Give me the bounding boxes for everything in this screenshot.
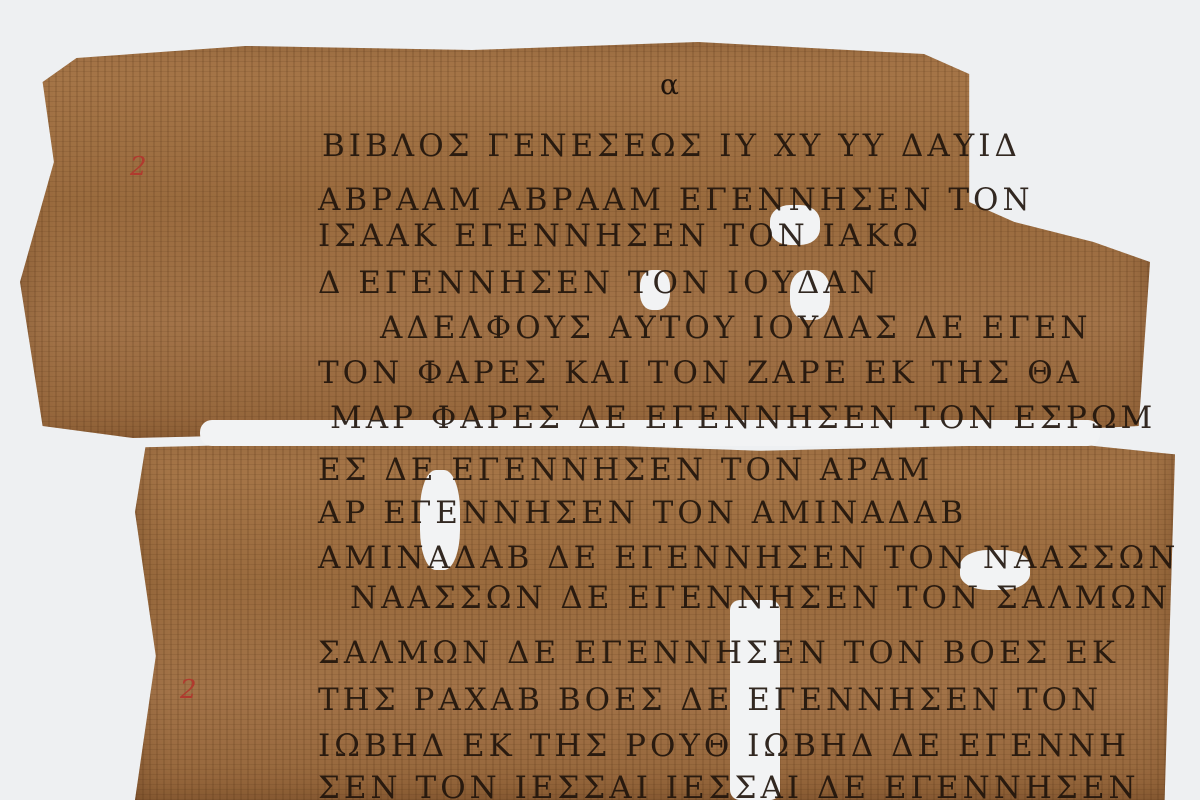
text-line: ΜΑΡ ΦΑΡΕΣ ΔΕ ΕΓΕΝΝΗΣΕΝ ΤΟΝ ΕΣΡΩΜ xyxy=(330,400,1156,436)
text-line: ΙΩΒΗΔ ΕΚ ΤΗΣ ΡΟΥΘ ΙΩΒΗΔ ΔΕ ΕΓΕΝΝΗ xyxy=(318,728,1130,764)
text-line: ΣΑΛΜΩΝ ΔΕ ΕΓΕΝΝΗΣΕΝ ΤΟΝ ΒΟΕΣ ΕΚ xyxy=(318,635,1119,671)
margin-mark: 2 xyxy=(130,152,147,182)
text-line: Δ ΕΓΕΝΝΗΣΕΝ ΤΟΝ ΙΟΥΔΑΝ xyxy=(318,265,881,301)
text-line: ΤΗΣ ΡΑΧΑΒ ΒΟΕΣ ΔΕ ΕΓΕΝΝΗΣΕΝ ΤΟΝ xyxy=(318,682,1102,718)
margin-mark: 2 xyxy=(180,675,197,705)
text-line: ΑΜΙΝΑΔΑΒ ΔΕ ΕΓΕΝΝΗΣΕΝ ΤΟΝ ΝΑΑΣΣΩΝ xyxy=(318,540,1179,576)
text-line: ΑΔΕΛΦΟΥΣ ΑΥΤΟΥ ΙΟΥΔΑΣ ΔΕ ΕΓΕΝ xyxy=(380,310,1092,346)
page-number-mark: α xyxy=(660,68,679,101)
text-line: ΒΙΒΛΟΣ ΓΕΝΕΣΕΩΣ ΙΥ ΧΥ ΥΥ ΔΑΥΙΔ xyxy=(322,128,1021,164)
text-line: ΕΣ ΔΕ ΕΓΕΝΝΗΣΕΝ ΤΟΝ ΑΡΑΜ xyxy=(318,452,933,488)
text-line: ΝΑΑΣΣΩΝ ΔΕ ΕΓΕΝΝΗΣΕΝ ΤΟΝ ΣΑΛΜΩΝ xyxy=(350,580,1171,616)
text-line: ΣΕΝ ΤΟΝ ΙΕΣΣΑΙ ΙΕΣΣΑΙ ΔΕ ΕΓΕΝΝΗΣΕΝ xyxy=(318,770,1140,800)
text-line: ΤΟΝ ΦΑΡΕΣ ΚΑΙ ΤΟΝ ΖΑΡΕ ΕΚ ΤΗΣ ΘΑ xyxy=(318,355,1083,391)
text-line: ΑΡ ΕΓΕΝΝΗΣΕΝ ΤΟΝ ΑΜΙΝΑΔΑΒ xyxy=(318,495,967,531)
text-line: ΑΒΡΑΑΜ ΑΒΡΑΑΜ ΕΓΕΝΝΗΣΕΝ ΤΟΝ xyxy=(318,182,1034,218)
text-line: ΙΣΑΑΚ ΕΓΕΝΝΗΣΕΝ ΤΟΝ ΙΑΚΩ xyxy=(318,218,922,254)
